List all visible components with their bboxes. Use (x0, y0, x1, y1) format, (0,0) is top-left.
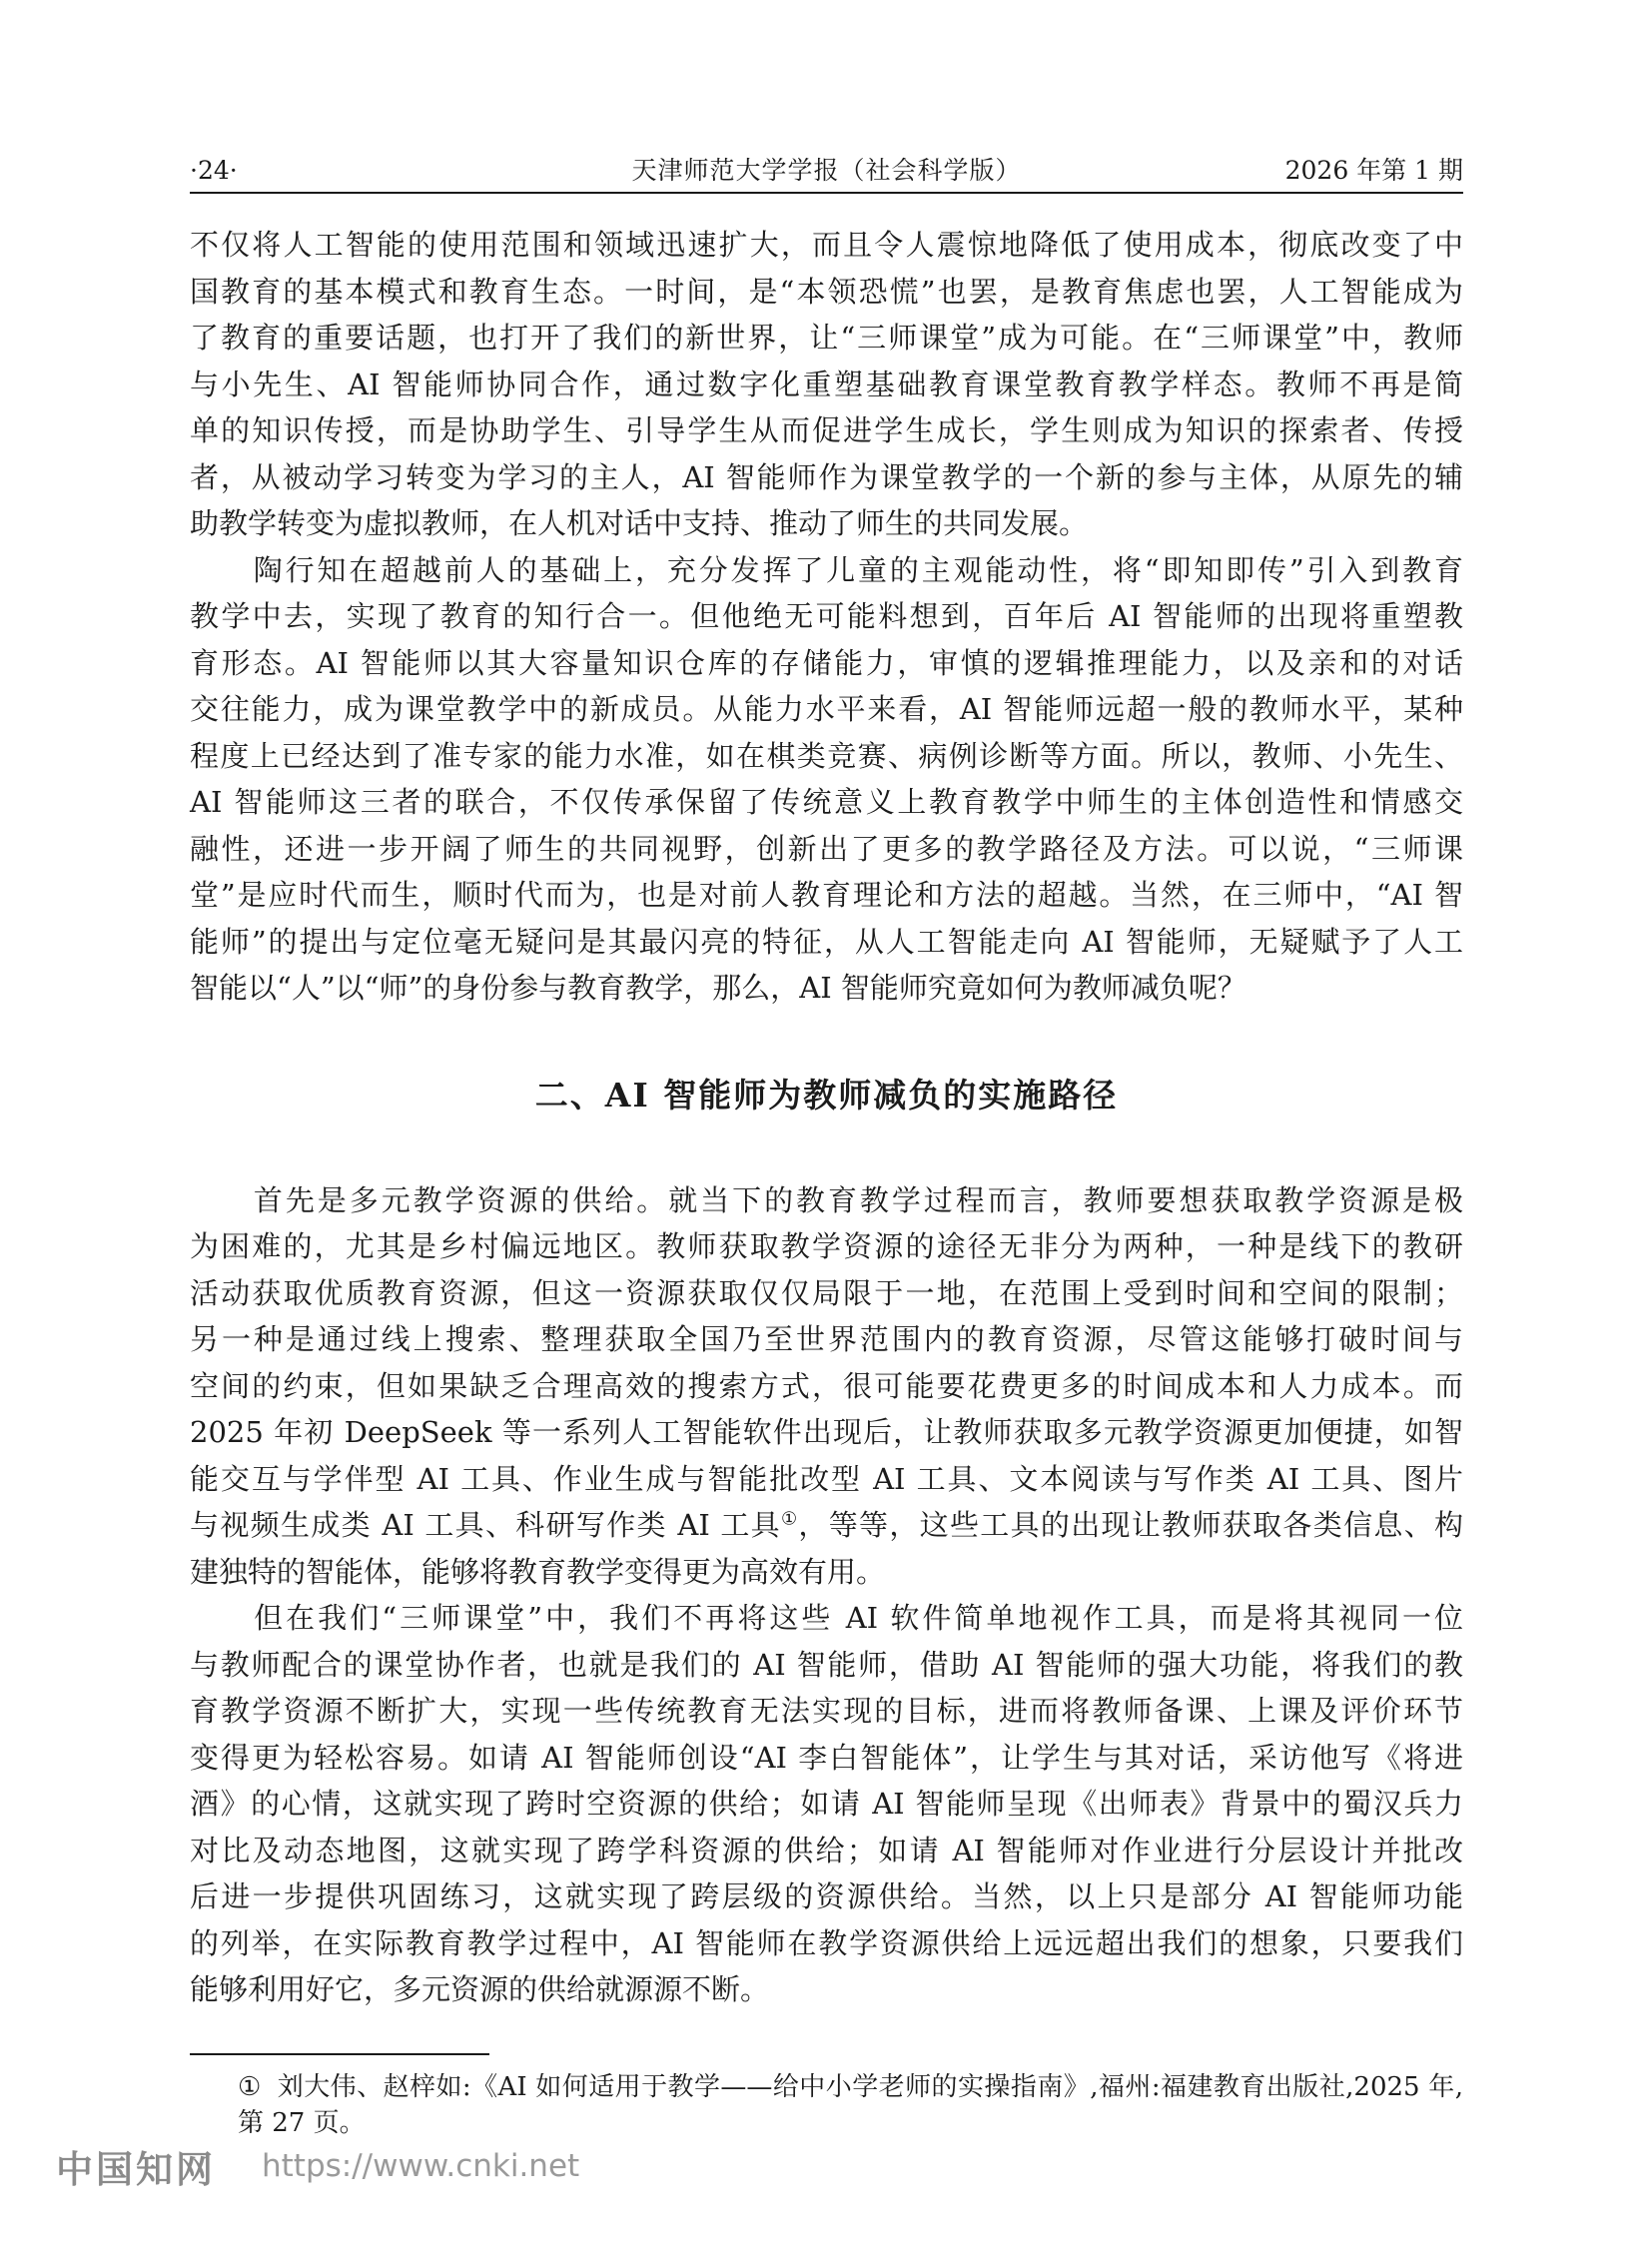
text-line: 助教学转变为虚拟教师，在人机对话中支持、推动了师生的共同发展。 (190, 500, 1463, 547)
footnote: ①刘大伟、赵梓如:《AI 如何适用于教学——给中小学老师的实操指南》,福州:福建… (190, 2069, 1463, 2141)
text-line: 融性，还进一步开阔了师生的共同视野，创新出了更多的教学路径及方法。可以说，“三师… (190, 826, 1463, 873)
text-line: 堂”是应时代而生，顺时代而为，也是对前人教育理论和方法的超越。当然，在三师中，“… (190, 872, 1463, 919)
footnote-text: 刘大伟、赵梓如:《AI 如何适用于教学——给中小学老师的实操指南》,福州:福建教… (238, 2072, 1463, 2138)
text-line: 2025 年初 DeepSeek 等一系列人工智能软件出现后，让教师获取多元教学… (190, 1409, 1463, 1456)
text-line: 育形态。AI 智能师以其大容量知识仓库的存储能力，审慎的逻辑推理能力，以及亲和的… (190, 640, 1463, 687)
text-line: 不仅将人工智能的使用范围和领域迅速扩大，而且令人震惊地降低了使用成本，彻底改变了… (190, 222, 1463, 269)
text-line: 智能以“人”以“师”的身份参与教育教学，那么，AI 智能师究竟如何为教师减负呢？ (190, 965, 1463, 1012)
text-line: 的列举，在实际教育教学过程中，AI 智能师在教学资源供给上远远超出我们的想象，只… (190, 1920, 1463, 1967)
text-line: 建独特的智能体，能够将教育教学变得更为高效有用。 (190, 1549, 1463, 1596)
header-divider (190, 192, 1463, 194)
text-line: 空间的约束，但如果缺乏合理高效的搜索方式，很可能要花费更多的时间成本和人力成本。… (190, 1363, 1463, 1410)
text-line: AI 智能师这三者的联合，不仅传承保留了传统意义上教育教学中师生的主体创造性和情… (190, 779, 1463, 826)
text-line: 另一种是通过线上搜索、整理获取全国乃至世界范围内的教育资源，尽管这能够打破时间与 (190, 1316, 1463, 1363)
text-line: 首先是多元教学资源的供给。就当下的教育教学过程而言，教师要想获取教学资源是极 (190, 1177, 1463, 1224)
text-line: 陶行知在超越前人的基础上，充分发挥了儿童的主观能动性，将“即知即传”引入到教育 (190, 547, 1463, 594)
footnote-marker: ① (238, 2072, 262, 2102)
text-line: 能交互与学伴型 AI 工具、作业生成与智能批改型 AI 工具、文本阅读与写作类 … (190, 1456, 1463, 1503)
journal-page: ·24· 天津师范大学学报（社会科学版） 2026 年第 1 期 不仅将人工智能… (0, 0, 1652, 2242)
footnote-ref-marker: ① (781, 1508, 798, 1529)
cnki-logo-text: 中国知网 (56, 2139, 216, 2193)
page-number: ·24· (190, 156, 631, 186)
text-line: 与教师配合的课堂协作者，也就是我们的 AI 智能师，借助 AI 智能师的强大功能… (190, 1642, 1463, 1689)
text-line: 国教育的基本模式和教育生态。一时间，是“本领恐慌”也罢，是教育焦虑也罢，人工智能… (190, 269, 1463, 316)
text-line: 活动获取优质教育资源，但这一资源获取仅仅局限于一地，在范围上受到时间和空间的限制… (190, 1270, 1463, 1317)
paragraph: 陶行知在超越前人的基础上，充分发挥了儿童的主观能动性，将“即知即传”引入到教育教… (190, 547, 1463, 1012)
text-column: ·24· 天津师范大学学报（社会科学版） 2026 年第 1 期 不仅将人工智能… (190, 0, 1463, 2141)
text-line: 者，从被动学习转变为学习的主人，AI 智能师作为课堂教学的一个新的参与主体，从原… (190, 454, 1463, 501)
text-line: 能够利用好它，多元资源的供给就源源不断。 (190, 1966, 1463, 2013)
text-line: 育教学资源不断扩大，实现一些传统教育无法实现的目标，进而将教师备课、上课及评价环… (190, 1688, 1463, 1735)
paragraph: 首先是多元教学资源的供给。就当下的教育教学过程而言，教师要想获取教学资源是极为困… (190, 1177, 1463, 1596)
text-line: 对比及动态地图，这就实现了跨学科资源的供给；如请 AI 智能师对作业进行分层设计… (190, 1828, 1463, 1874)
text-line: 能师”的提出与定位毫无疑问是其最闪亮的特征，从人工智能走向 AI 智能师，无疑赋… (190, 919, 1463, 966)
text-line: 酒》的心情，这就实现了跨时空资源的供给；如请 AI 智能师呈现《出师表》背景中的… (190, 1781, 1463, 1828)
cnki-watermark: 中国知网 https://www.cnki.net (56, 2139, 579, 2193)
text-line: 程度上已经达到了准专家的能力水准，如在棋类竞赛、病例诊断等方面。所以，教师、小先… (190, 733, 1463, 780)
journal-title: 天津师范大学学报（社会科学版） (631, 156, 1021, 186)
text-line: 变得更为轻松容易。如请 AI 智能师创设“AI 李白智能体”，让学生与其对话，采… (190, 1735, 1463, 1782)
issue-info: 2026 年第 1 期 (1022, 156, 1464, 186)
text-line: 与小先生、AI 智能师协同合作，通过数字化重塑基础教育课堂教育教学样态。教师不再… (190, 362, 1463, 408)
article-body: 不仅将人工智能的使用范围和领域迅速扩大，而且令人震惊地降低了使用成本，彻底改变了… (190, 222, 1463, 2013)
text-line: 交往能力，成为课堂教学中的新成员。从能力水平来看，AI 智能师远超一般的教师水平… (190, 686, 1463, 733)
text-line: 后进一步提供巩固练习，这就实现了跨层级的资源供给。当然，以上只是部分 AI 智能… (190, 1873, 1463, 1920)
text-line: 为困难的，尤其是乡村偏远地区。教师获取教学资源的途径无非分为两种，一种是线下的教… (190, 1223, 1463, 1270)
section-heading: 二、AI 智能师为教师减负的实施路径 (190, 1072, 1463, 1120)
text-line: 教学中去，实现了教育的知行合一。但他绝无可能料想到，百年后 AI 智能师的出现将… (190, 593, 1463, 640)
text-line: 与视频生成类 AI 工具、科研写作类 AI 工具①，等等，这些工具的出现让教师获… (190, 1502, 1463, 1549)
text-line: 但在我们“三师课堂”中，我们不再将这些 AI 软件简单地视作工具，而是将其视同一… (190, 1595, 1463, 1642)
text-line: 了教育的重要话题，也打开了我们的新世界，让“三师课堂”成为可能。在“三师课堂”中… (190, 315, 1463, 362)
paragraph: 但在我们“三师课堂”中，我们不再将这些 AI 软件简单地视作工具，而是将其视同一… (190, 1595, 1463, 2013)
footnote-divider (190, 2053, 489, 2055)
cnki-url: https://www.cnki.net (262, 2148, 579, 2184)
paragraph: 不仅将人工智能的使用范围和领域迅速扩大，而且令人震惊地降低了使用成本，彻底改变了… (190, 222, 1463, 547)
text-line: 单的知识传授，而是协助学生、引导学生从而促进学生成长，学生则成为知识的探索者、传… (190, 407, 1463, 454)
page-header: ·24· 天津师范大学学报（社会科学版） 2026 年第 1 期 (190, 0, 1463, 186)
